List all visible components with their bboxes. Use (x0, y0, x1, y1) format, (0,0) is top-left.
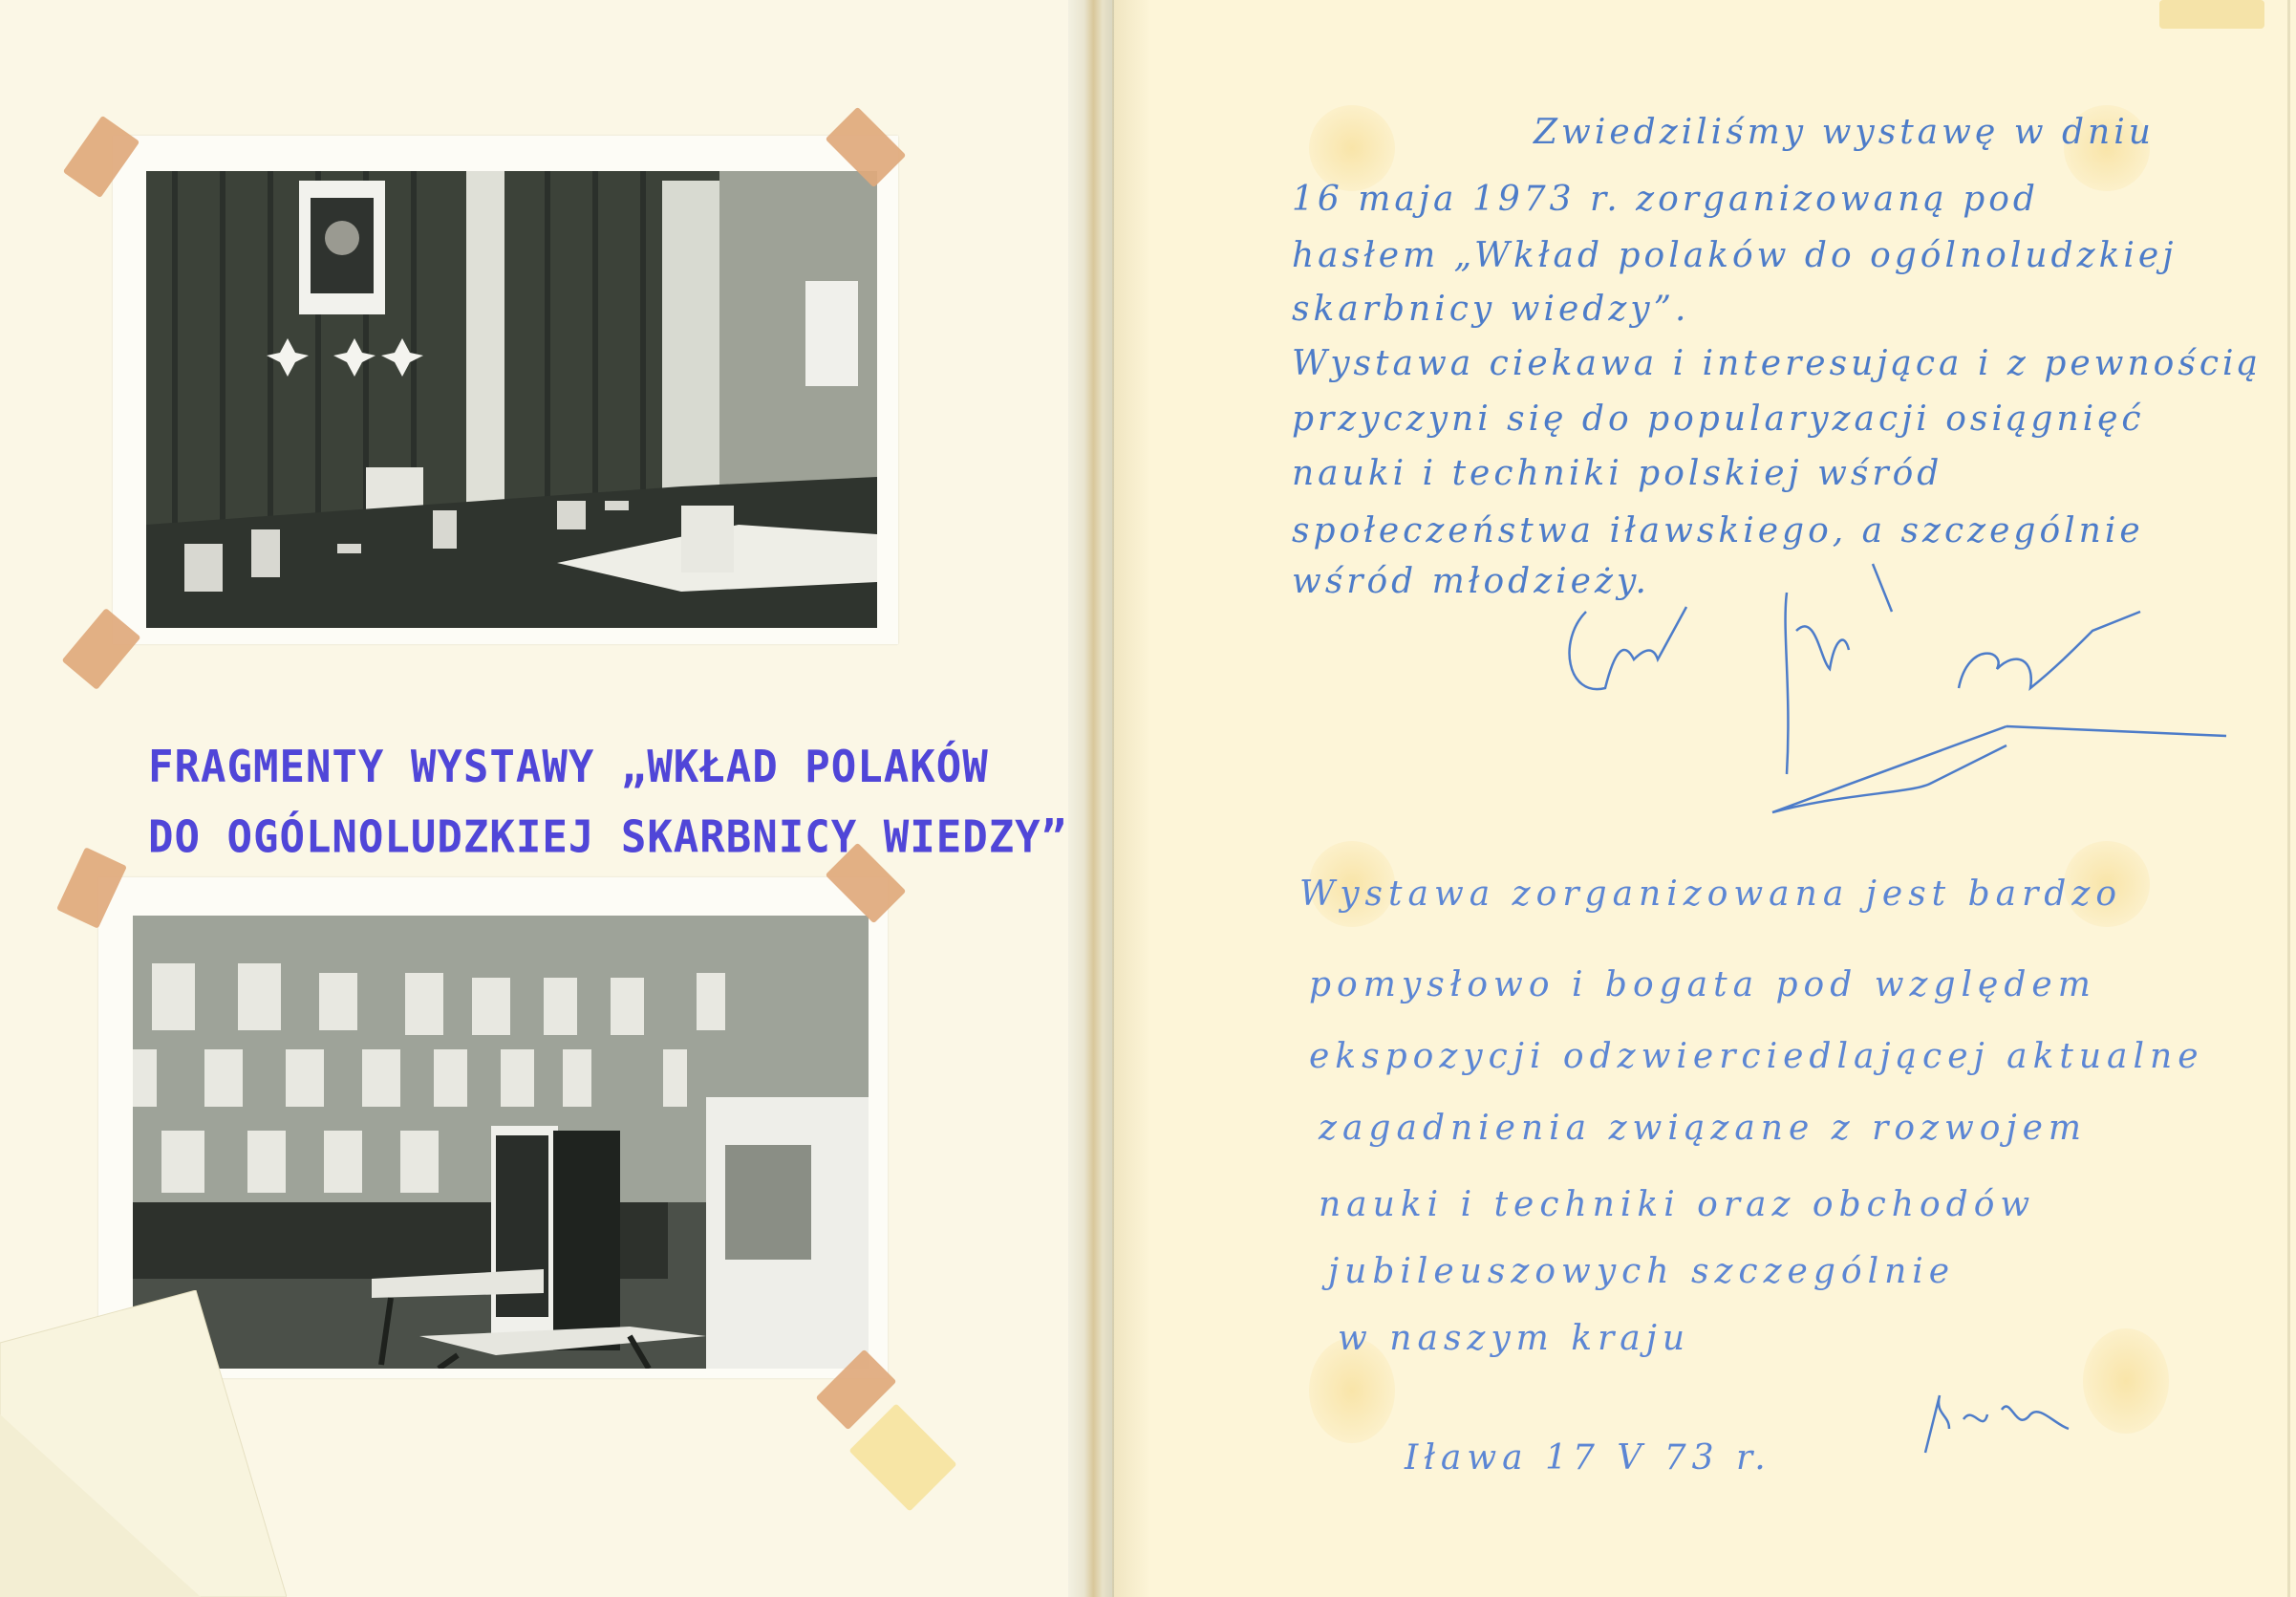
envelope-corner (0, 1290, 287, 1597)
signature-2 (1786, 564, 1892, 774)
entry1-line: przyczyni się do popularyzacji osiągnięć (1292, 399, 2145, 439)
signature-4 (1897, 1376, 2126, 1462)
entry2-line: nauki i techniki oraz obchodów (1319, 1185, 2035, 1224)
signature-1 (1570, 607, 1686, 689)
entry1-line: skarbnicy wiedzy”. (1292, 290, 1689, 329)
photo-caption: FRAGMENTY WYSTAWY „WKŁAD POLAKÓW DO OGÓL… (148, 733, 1065, 874)
place-date: Iława 17 V 73 r. (1405, 1438, 1771, 1478)
entry1-line: 16 maja 1973 r. zorganizowaną pod (1292, 180, 2039, 219)
signature-group (1557, 554, 2264, 841)
caption-line-2: DO OGÓLNOLUDZKIEJ SKARBNICY WIEDZY” (148, 803, 1065, 874)
entry1-line: Zwiedziliśmy wystawę w dniu (1534, 113, 2155, 152)
photo-mount-top (113, 136, 898, 644)
entry1-line: nauki i techniki polskiej wśród (1292, 454, 1942, 493)
entry1-line: Wystawa ciekawa i interesująca i z pewno… (1292, 344, 2262, 383)
exhibition-photo-stage (146, 171, 877, 628)
entry1-line: społeczeństwa iławskiego, a szczególnie (1292, 511, 2144, 550)
entry2-line: zagadnienia związane z rozwojem (1319, 1109, 2087, 1148)
entry2-line: ekspozycji odzwierciedlającej aktualne (1309, 1037, 2204, 1076)
entry2-line: Wystawa zorganizowana jest bardzo (1299, 874, 2122, 914)
caption-line-1: FRAGMENTY WYSTAWY „WKŁAD POLAKÓW (148, 733, 1065, 804)
entry2-line: pomysłowo i bogata pod względem (1309, 965, 2096, 1004)
book-spine (1068, 0, 1114, 1597)
page-edge (2287, 0, 2290, 1597)
entry2-line: w naszym kraju (1338, 1319, 1690, 1358)
entry2-line: jubileuszowych szczególnie (1328, 1252, 1955, 1291)
entry1-line: hasłem „Wkład polaków do ogólnoludzkiej (1292, 236, 2177, 275)
